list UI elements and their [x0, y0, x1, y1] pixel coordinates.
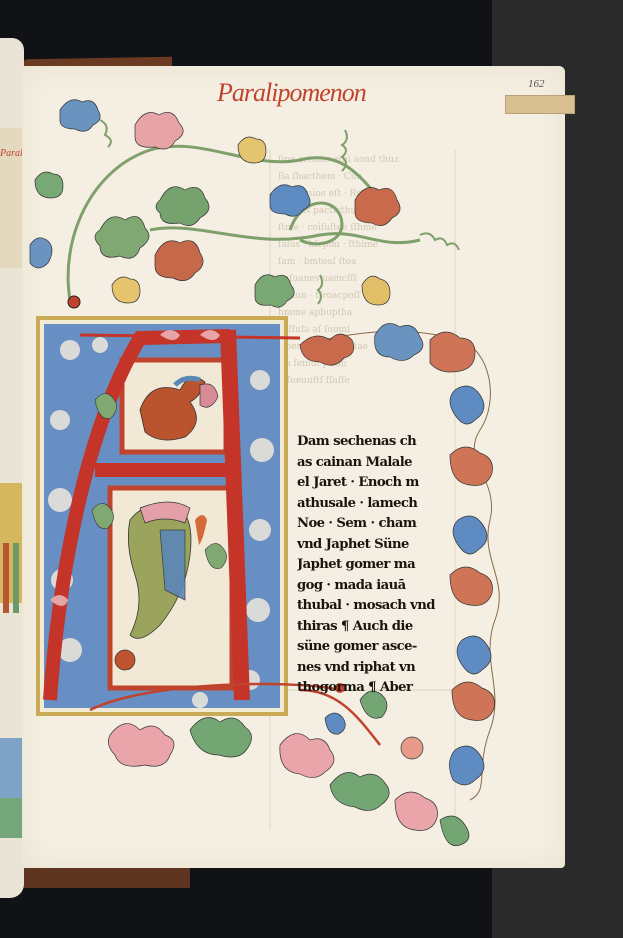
- text-line: nes vnd riphat vn: [297, 658, 453, 679]
- running-head: Paralipomenon: [217, 78, 366, 108]
- text-line: Noe · Sem · cham: [297, 514, 453, 535]
- text-line: as cainan Malale: [297, 453, 453, 474]
- main-text-block: Dam sechenas ch as cainan Malale el Jare…: [297, 432, 453, 699]
- text-line: Japhet gomer ma: [297, 555, 453, 576]
- text-line: süne gomer asce-: [297, 637, 453, 658]
- text-line: thogorma ¶ Aber: [297, 678, 453, 699]
- text-line: vnd Japhet Süne: [297, 535, 453, 556]
- paper-tab-marker: [505, 95, 575, 114]
- text-line: Dam sechenas ch: [297, 432, 453, 453]
- text-line: athusale · lamech: [297, 494, 453, 515]
- text-line: el Jaret · Enoch m: [297, 473, 453, 494]
- folio-number: 162: [528, 78, 545, 90]
- text-line: thiras ¶ Auch die: [297, 617, 453, 638]
- text-line: thubal · mosach vnd: [297, 596, 453, 617]
- top-vine-scroll: [30, 100, 459, 308]
- text-line: gog · mada iauā: [297, 576, 453, 597]
